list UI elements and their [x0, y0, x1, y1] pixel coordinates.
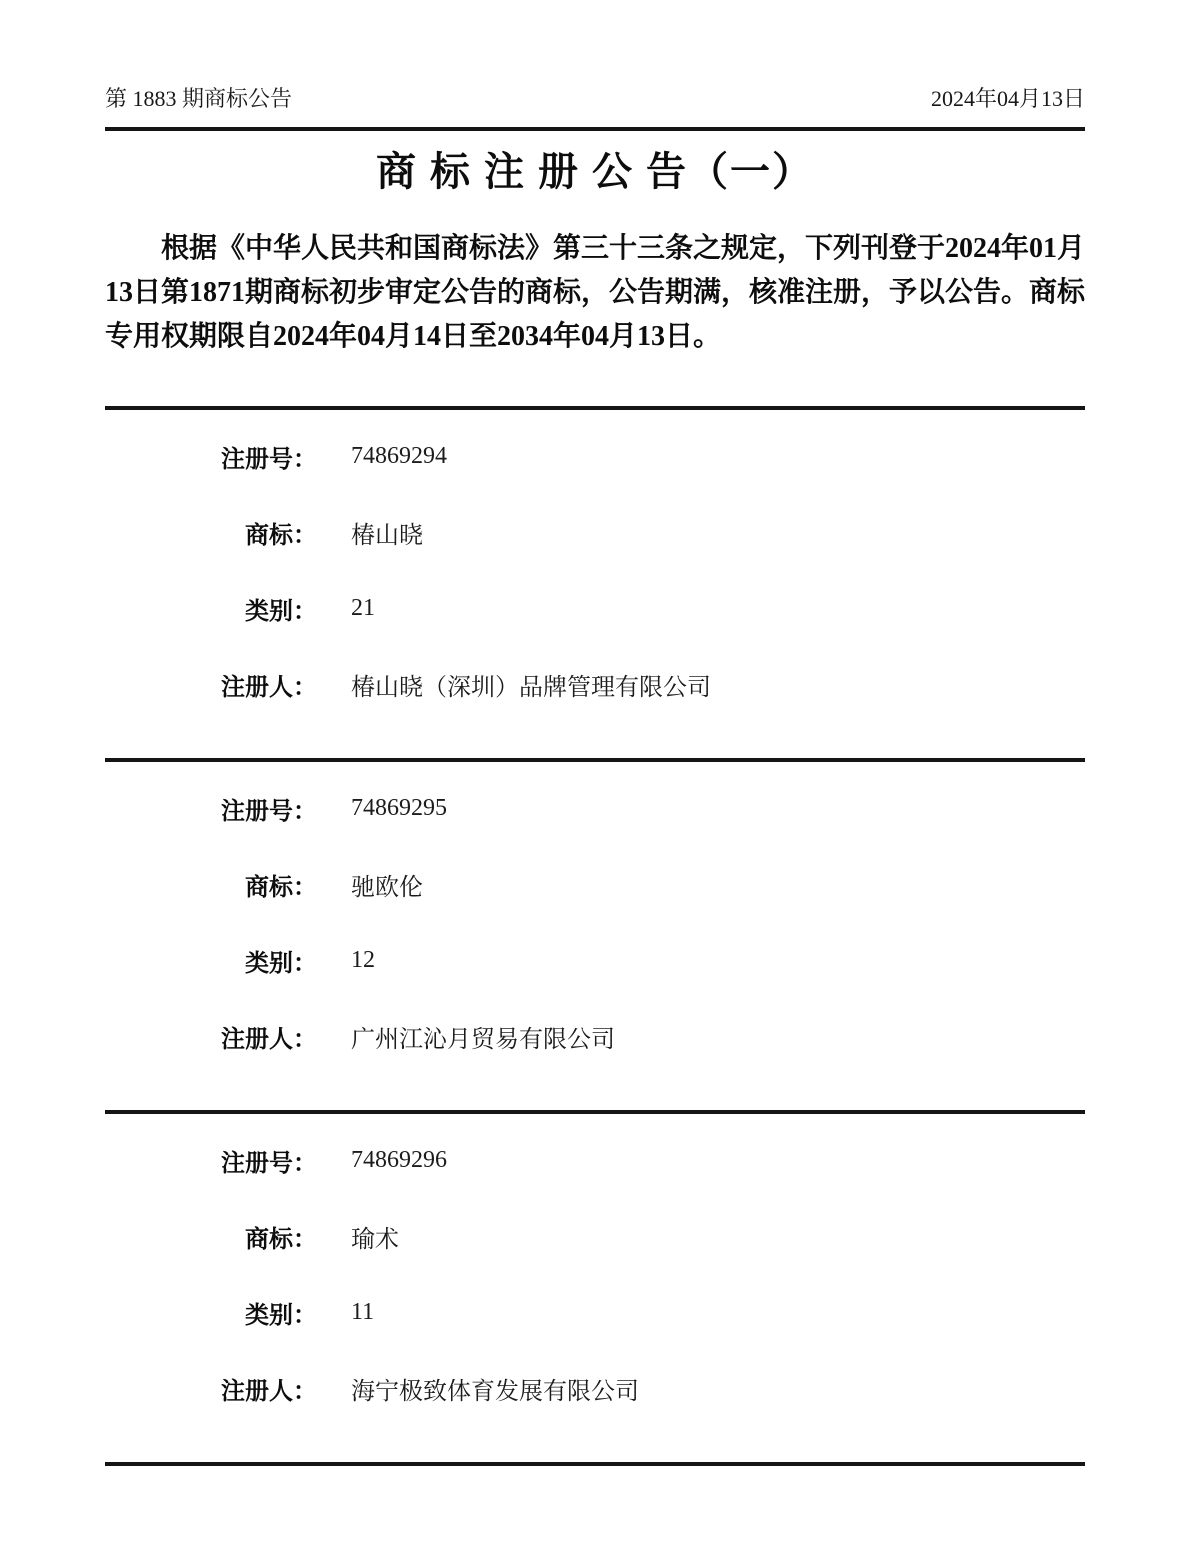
trademark-label: 商标： [105, 1219, 317, 1254]
bottom-rule [105, 1462, 1085, 1466]
field-reg-no: 注册号： 74869295 [105, 770, 1085, 846]
field-category: 类别： 11 [105, 1274, 1085, 1350]
document-page: 第 1883 期商标公告 2024年04月13日 商 标 注 册 公 告（一） … [0, 0, 1190, 1564]
category-label: 类别： [105, 591, 317, 626]
field-registrant: 注册人： 海宁极致体育发展有限公司 [105, 1350, 1085, 1426]
category-value: 12 [351, 947, 375, 974]
header-rule [105, 127, 1085, 131]
trademark-value: 瑜术 [351, 1219, 399, 1254]
field-registrant: 注册人： 椿山晓（深圳）品牌管理有限公司 [105, 646, 1085, 722]
reg-no-label: 注册号： [105, 439, 317, 474]
trademark-record: 注册号： 74869294 商标： 椿山晓 类别： 21 注册人： 椿山晓（深圳… [105, 406, 1085, 758]
reg-no-value: 74869296 [351, 1147, 447, 1174]
field-registrant: 注册人： 广州江沁月贸易有限公司 [105, 998, 1085, 1074]
intro-paragraph: 根据《中华人民共和国商标法》第三十三条之规定，下列刊登于2024年01月13日第… [105, 227, 1085, 359]
reg-no-label: 注册号： [105, 1143, 317, 1178]
trademark-label: 商标： [105, 515, 317, 550]
registrant-label: 注册人： [105, 667, 317, 702]
trademark-label: 商标： [105, 867, 317, 902]
trademark-record: 注册号： 74869296 商标： 瑜术 类别： 11 注册人： 海宁极致体育发… [105, 1110, 1085, 1462]
registrant-value: 椿山晓（深圳）品牌管理有限公司 [351, 667, 711, 702]
field-trademark: 商标： 椿山晓 [105, 494, 1085, 570]
registrant-value: 海宁极致体育发展有限公司 [351, 1371, 639, 1406]
header-issue-number: 第 1883 期商标公告 [105, 86, 292, 112]
category-label: 类别： [105, 1295, 317, 1330]
reg-no-value: 74869295 [351, 795, 447, 822]
page-title: 商 标 注 册 公 告（一） [105, 147, 1085, 197]
field-category: 类别： 12 [105, 922, 1085, 998]
field-trademark: 商标： 驰欧伦 [105, 846, 1085, 922]
registrant-label: 注册人： [105, 1371, 317, 1406]
page-header: 第 1883 期商标公告 2024年04月13日 [105, 86, 1085, 112]
field-reg-no: 注册号： 74869296 [105, 1122, 1085, 1198]
field-category: 类别： 21 [105, 570, 1085, 646]
category-value: 21 [351, 595, 375, 622]
field-reg-no: 注册号： 74869294 [105, 418, 1085, 494]
trademark-value: 椿山晓 [351, 515, 423, 550]
record-list: 注册号： 74869294 商标： 椿山晓 类别： 21 注册人： 椿山晓（深圳… [105, 406, 1085, 1466]
category-value: 11 [351, 1299, 374, 1326]
registrant-label: 注册人： [105, 1019, 317, 1054]
registrant-value: 广州江沁月贸易有限公司 [351, 1019, 615, 1054]
trademark-record: 注册号： 74869295 商标： 驰欧伦 类别： 12 注册人： 广州江沁月贸… [105, 758, 1085, 1110]
header-date: 2024年04月13日 [931, 86, 1085, 112]
reg-no-label: 注册号： [105, 791, 317, 826]
category-label: 类别： [105, 943, 317, 978]
reg-no-value: 74869294 [351, 443, 447, 470]
field-trademark: 商标： 瑜术 [105, 1198, 1085, 1274]
trademark-value: 驰欧伦 [351, 867, 423, 902]
